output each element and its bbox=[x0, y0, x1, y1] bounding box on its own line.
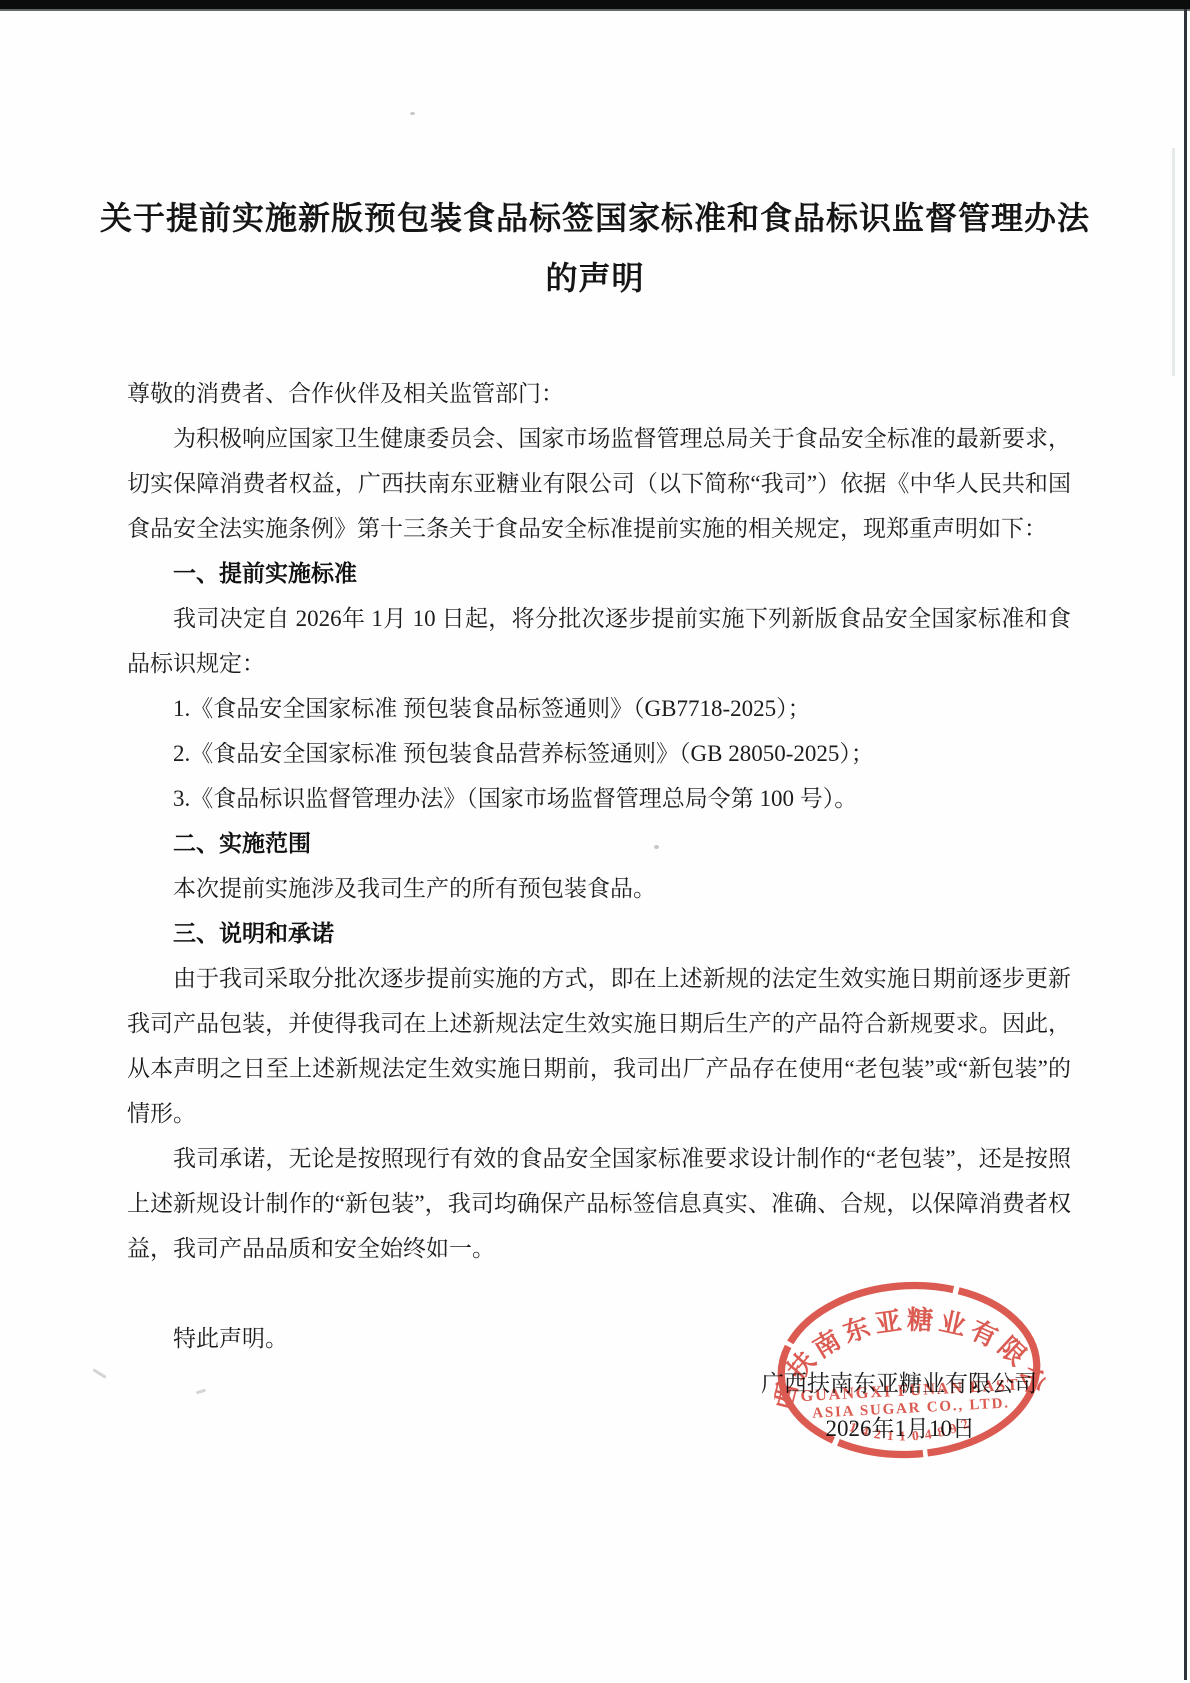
standard-list-item-2: 2.《食品安全国家标准 预包装食品营养标签通则》（GB 28050-2025）； bbox=[127, 731, 1071, 776]
section3-paragraph-2: 我司承诺，无论是按照现行有效的食品安全国家标准要求设计制作的“老包装”，还是按照… bbox=[127, 1136, 1071, 1271]
section3-heading: 三、说明和承诺 bbox=[127, 911, 1071, 956]
section3-paragraph-1: 由于我司采取分批次逐步提前实施的方式，即在上述新规的法定生效实施日期前逐步更新我… bbox=[127, 956, 1071, 1136]
standard-list-item-1: 1.《食品安全国家标准 预包装食品标签通则》（GB7718-2025）； bbox=[127, 686, 1071, 731]
scanned-statement-page: 关于提前实施新版预包装食品标签国家标准和食品标识监督管理办法 的声明 尊敬的消费… bbox=[0, 0, 1190, 1683]
document-body: 尊敬的消费者、合作伙伴及相关监管部门： 为积极响应国家卫生健康委员会、国家市场监… bbox=[127, 371, 1071, 1451]
section2-heading: 二、实施范围 bbox=[127, 821, 1071, 866]
document-title-line2: 的声明 bbox=[0, 248, 1190, 308]
scan-speck bbox=[410, 112, 415, 115]
salutation: 尊敬的消费者、合作伙伴及相关监管部门： bbox=[127, 371, 1071, 416]
standard-list-item-3: 3.《食品标识监督管理办法》（国家市场监督管理总局令第 100 号）。 bbox=[127, 776, 1071, 821]
scan-smudge bbox=[92, 1368, 106, 1378]
section1-heading: 一、提前实施标准 bbox=[127, 551, 1071, 596]
scan-edge-top bbox=[0, 0, 1190, 11]
signature-date: 2026年1月10日 bbox=[127, 1406, 1071, 1451]
section1-intro: 我司决定自 2026年 1月 10 日起，将分批次逐步提前实施下列新版食品安全国… bbox=[127, 596, 1071, 686]
closing-statement: 特此声明。 bbox=[127, 1316, 1071, 1361]
section2-body: 本次提前实施涉及我司生产的所有预包装食品。 bbox=[127, 866, 1071, 911]
signature-company: 广西扶南东亚糖业有限公司 bbox=[127, 1361, 1071, 1406]
document-title: 关于提前实施新版预包装食品标签国家标准和食品标识监督管理办法 的声明 bbox=[0, 188, 1190, 308]
document-title-line1: 关于提前实施新版预包装食品标签国家标准和食品标识监督管理办法 bbox=[0, 188, 1190, 248]
intro-paragraph: 为积极响应国家卫生健康委员会、国家市场监督管理总局关于食品安全标准的最新要求，切… bbox=[127, 416, 1071, 551]
